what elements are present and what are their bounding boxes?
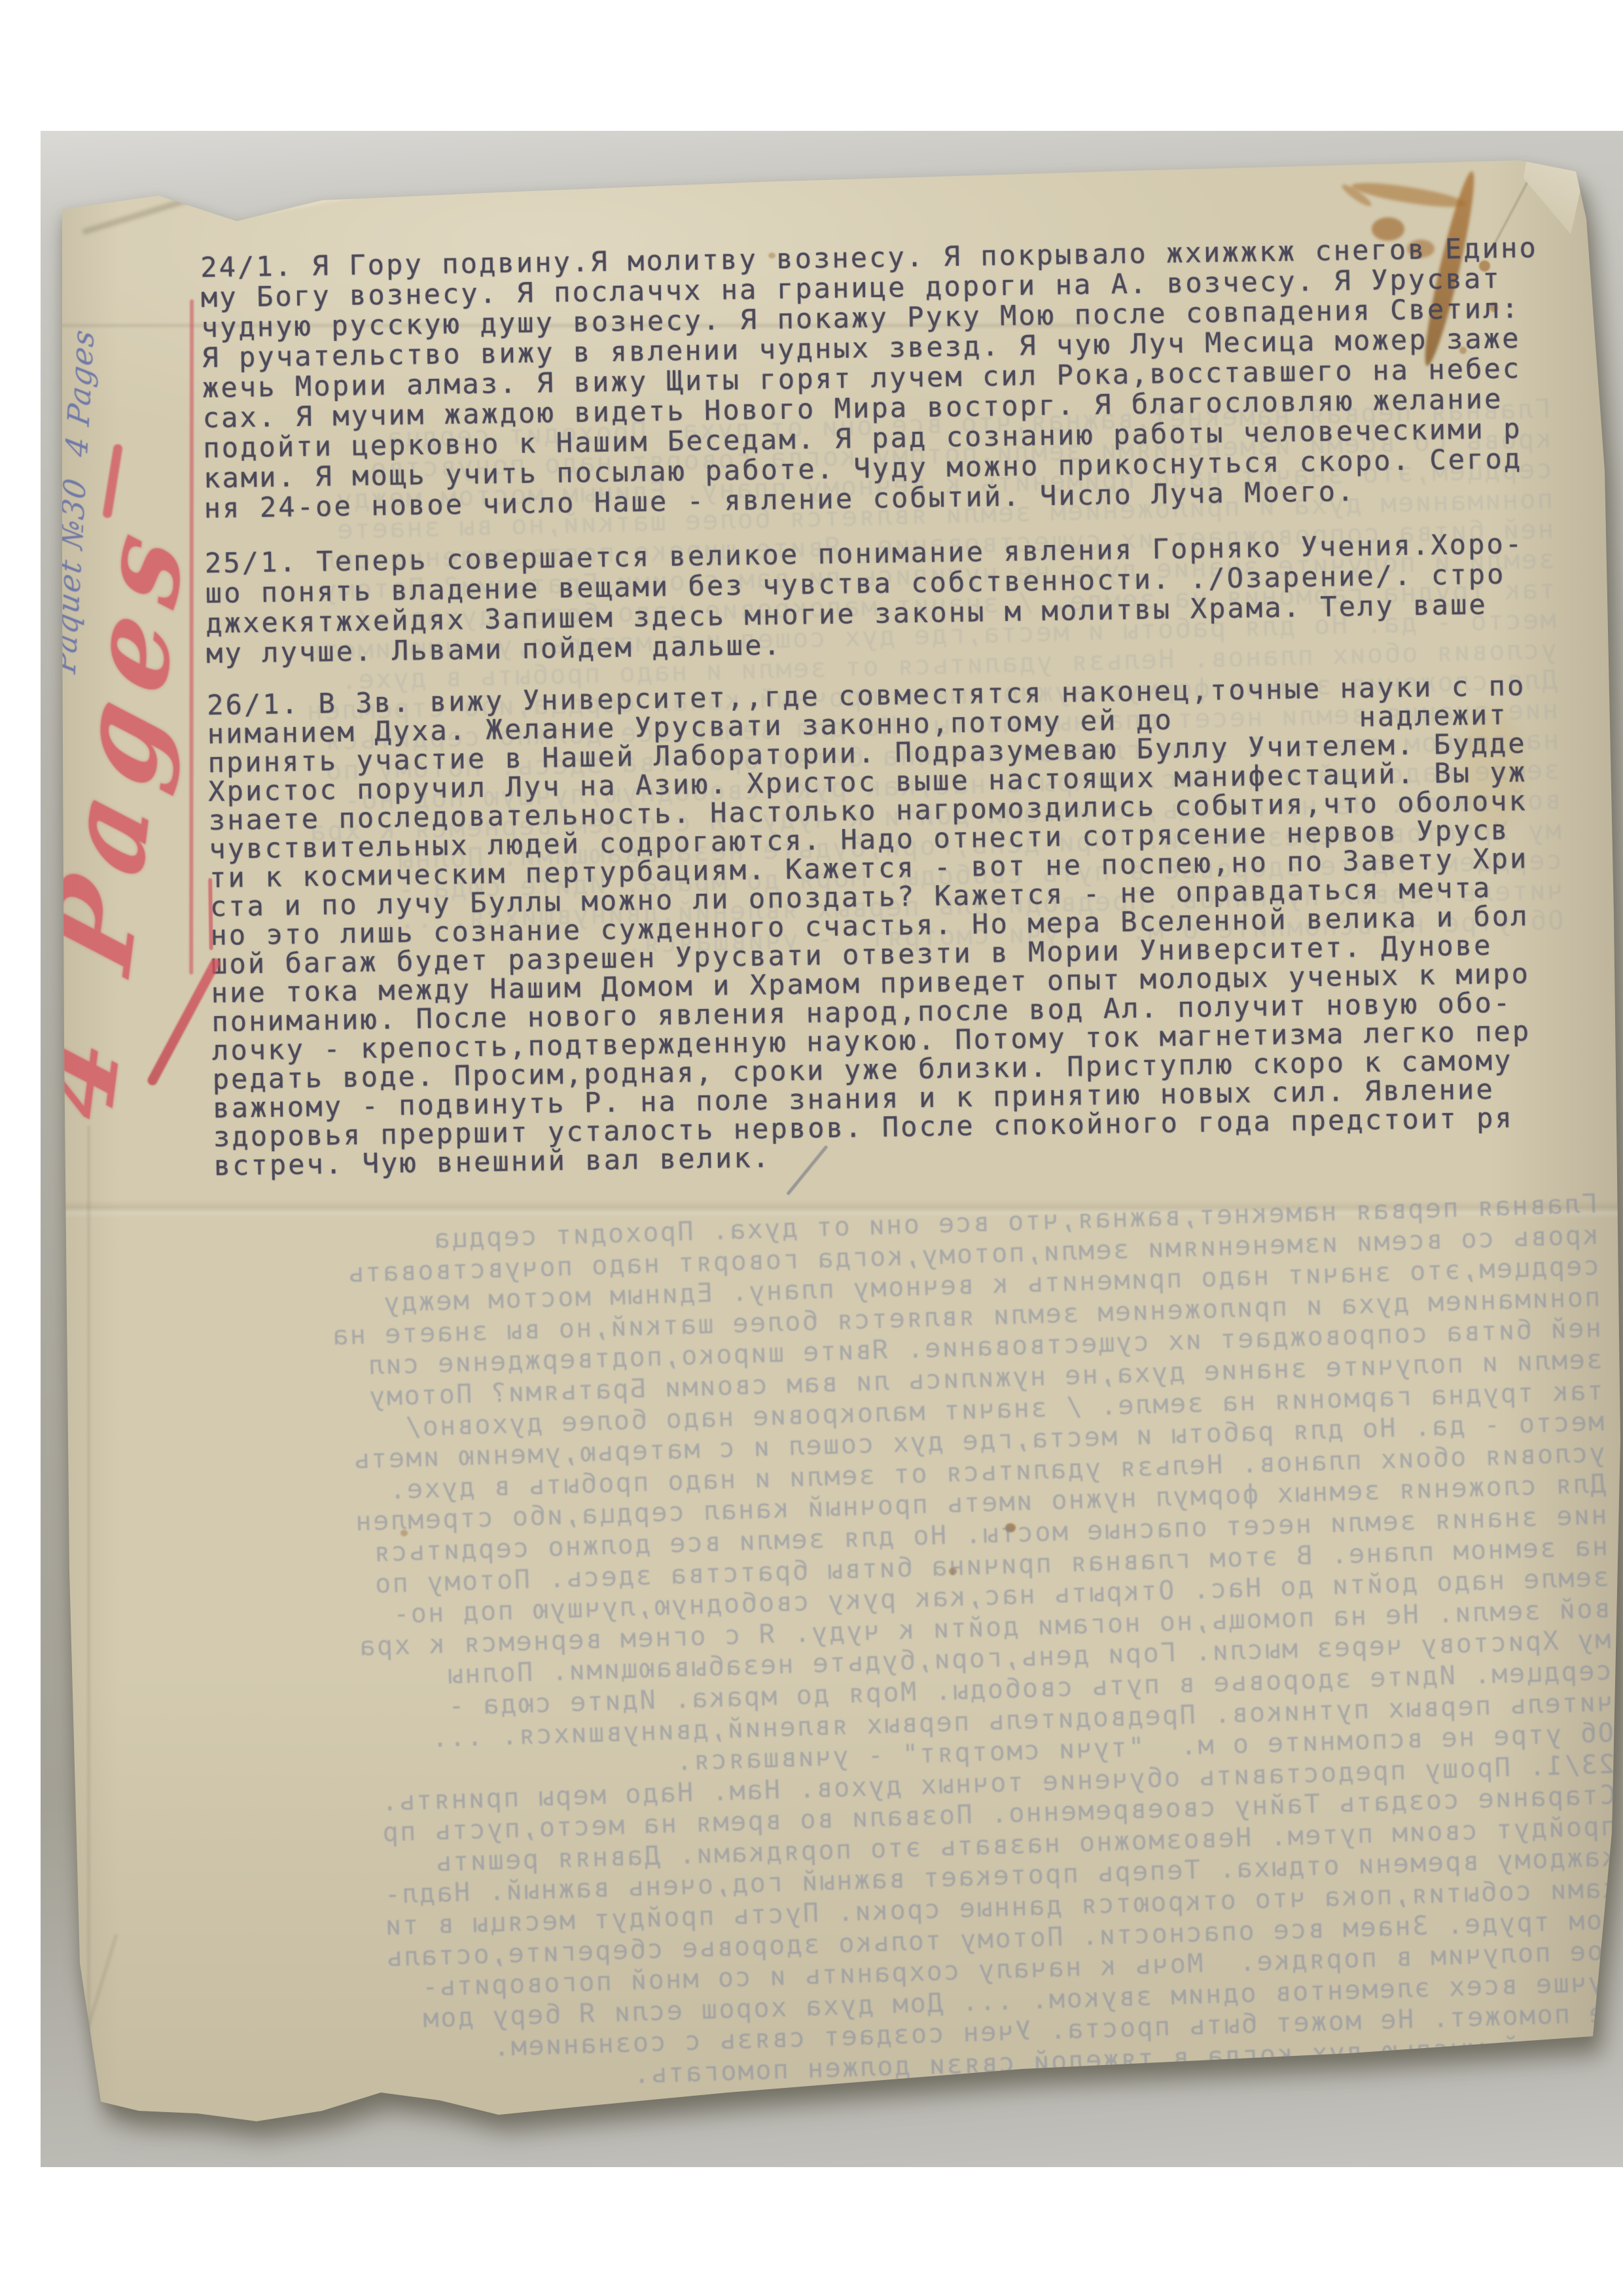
red-slash-mark — [146, 957, 222, 1087]
paper-edge-shadow-top — [41, 131, 1623, 150]
red-margin-line — [189, 299, 194, 974]
document-paper: Главная первая намекнет,важная,что все о… — [41, 131, 1623, 2167]
red-underline-mark — [102, 444, 123, 519]
red-packet-number: № 30 — [0, 1409, 14, 1566]
typed-paragraph-26-1: 26/1. В Зв. вижу Университет,,где совмес… — [207, 671, 1533, 1180]
ink-speck — [274, 153, 278, 158]
paper-shadow-wrap: Главная первая намекнет,важная,что все о… — [41, 131, 1623, 2167]
bleedthrough-text-lower: Главная первая намекнет,важная,что все о… — [115, 1189, 1623, 2137]
scanned-document-photo: Главная первая намекнет,важная,что все о… — [0, 0, 1623, 2296]
typed-paragraph-24-1: 24/1. Я Гору подвину.Я молитву вознесу. … — [200, 233, 1542, 523]
page-content: Главная первая намекнет,важная,что все о… — [37, 119, 1623, 2179]
margin-note-red-packet-number: пачет- № 30 — [0, 1330, 104, 1597]
photo-backdrop: Главная первая намекнет,важная,что все о… — [41, 131, 1623, 2167]
typed-paragraph-25-1: 25/1. Теперь совершается великое пониман… — [205, 529, 1525, 669]
paper-edge-shadow-bottom — [41, 2128, 1623, 2167]
